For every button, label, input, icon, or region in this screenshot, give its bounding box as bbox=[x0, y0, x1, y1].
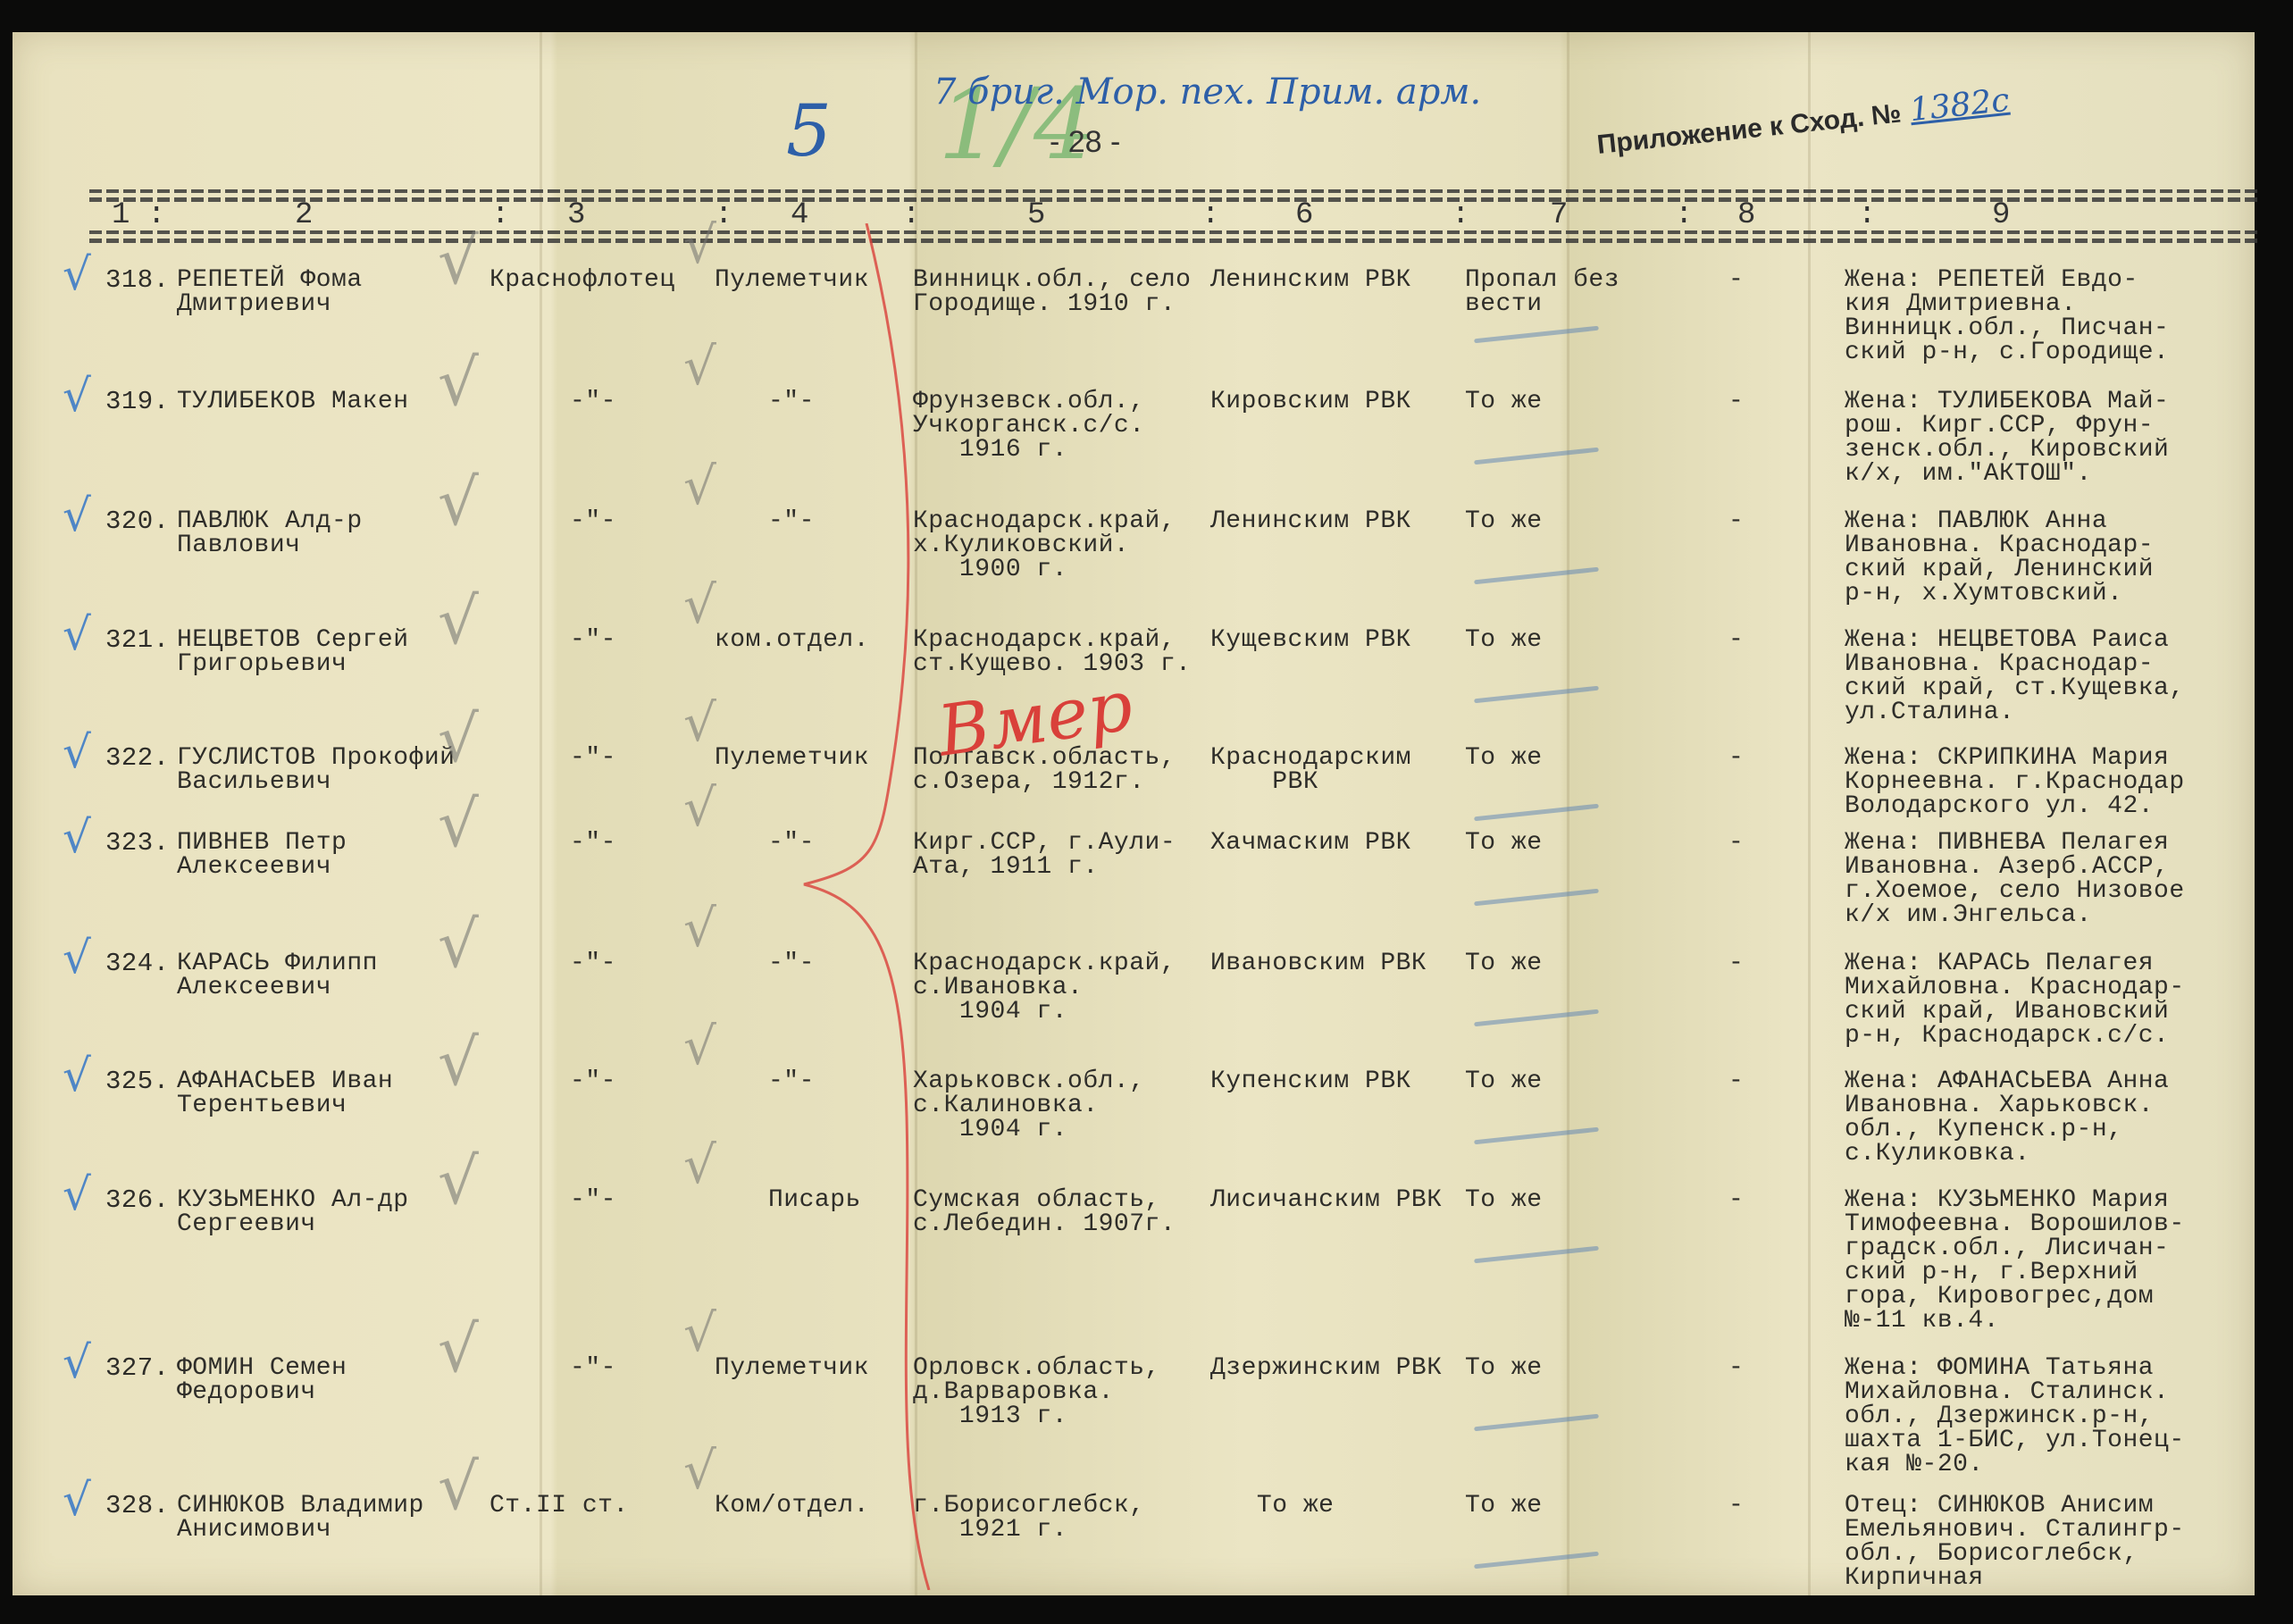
pencil-check-mark-icon: √ bbox=[683, 777, 716, 838]
blue-check-mark-icon: √ bbox=[63, 1168, 91, 1220]
record-number: 327. bbox=[105, 1356, 170, 1380]
record-number: 318. bbox=[105, 268, 170, 292]
pencil-check-mark-icon: √ bbox=[683, 1016, 716, 1076]
blue-check-mark-icon: √ bbox=[63, 1474, 91, 1526]
column-header-1: 1 bbox=[112, 198, 130, 232]
next-of-kin: Жена: ТУЛИБЕКОВА Май- рош. Кирг.ССР, Фру… bbox=[1845, 389, 2169, 486]
pencil-check-mark-icon: √ bbox=[438, 223, 479, 298]
fate-status: То же bbox=[1465, 831, 1543, 855]
column-8-value: - bbox=[1728, 1188, 1744, 1212]
pencil-check-mark-icon: √ bbox=[683, 336, 716, 397]
blue-check-mark-icon: √ bbox=[63, 248, 91, 300]
draft-office: Кировским РВК bbox=[1210, 389, 1411, 414]
birth-place-year: Фрунзевск.обл., Учкорганск.с/с. 1916 г. bbox=[913, 389, 1145, 462]
record-number: 321. bbox=[105, 628, 170, 652]
paper-fold bbox=[1808, 32, 1811, 1595]
person-name: ПАВЛЮК Алд-р Павлович bbox=[177, 509, 363, 557]
column-separator: : bbox=[1201, 198, 1219, 232]
pencil-check-mark-icon: √ bbox=[438, 907, 479, 982]
blue-check-mark-icon: √ bbox=[63, 932, 91, 984]
column-8-value: - bbox=[1728, 1069, 1744, 1093]
column-8-value: - bbox=[1728, 1356, 1744, 1380]
column-header-6: 6 bbox=[1295, 198, 1313, 232]
column-header-3: 3 bbox=[567, 198, 585, 232]
draft-office: Ленинским РВК bbox=[1210, 268, 1411, 292]
record-number: 319. bbox=[105, 389, 170, 414]
blue-check-mark-icon: √ bbox=[63, 811, 91, 863]
column-header-5: 5 bbox=[1027, 198, 1045, 232]
draft-office: Кущевским РВК bbox=[1210, 628, 1411, 652]
header-rule-bottom bbox=[89, 230, 2257, 243]
fate-status: То же bbox=[1465, 1494, 1543, 1518]
fate-status: Пропал без вести bbox=[1465, 268, 1619, 316]
blue-check-mark-icon: √ bbox=[63, 370, 91, 422]
pencil-check-mark-icon: √ bbox=[683, 1134, 716, 1195]
birth-place-year: Орловск.область, д.Варваровка. 1913 г. bbox=[913, 1356, 1160, 1428]
column-8-value: - bbox=[1728, 951, 1744, 975]
blue-check-mark-icon: √ bbox=[63, 1336, 91, 1388]
column-header-8: 8 bbox=[1737, 198, 1755, 232]
column-8-value: - bbox=[1728, 1494, 1744, 1518]
handwritten-unit-note: 7 бриг. Мор. пех. Прим. арм. bbox=[933, 71, 1481, 113]
draft-office: Краснодарским РВК bbox=[1210, 746, 1411, 794]
pencil-check-mark-icon: √ bbox=[438, 701, 479, 776]
military-rank: Краснофлотец bbox=[490, 268, 675, 292]
pencil-check-mark-icon: √ bbox=[438, 786, 479, 861]
next-of-kin: Жена: РЕПЕТЕЙ Евдо- кия Дмитриевна. Винн… bbox=[1845, 268, 2169, 364]
person-name: КУЗЬМЕНКО Ал-др Сергеевич bbox=[177, 1188, 409, 1236]
column-8-value: - bbox=[1728, 509, 1744, 533]
blue-check-mark-icon: √ bbox=[63, 1050, 91, 1101]
draft-office: Хачмаским РВК bbox=[1210, 831, 1411, 855]
next-of-kin: Отец: СИНЮКОВ Анисим Емельянович. Сталин… bbox=[1845, 1494, 2185, 1590]
military-rank: -"- bbox=[570, 509, 616, 533]
person-name: РЕПЕТЕЙ Фома Дмитриевич bbox=[177, 268, 363, 316]
person-name: ГУСЛИСТОВ Прокофий Васильевич bbox=[177, 746, 455, 794]
page-number: - 28 - bbox=[1050, 125, 1120, 160]
record-number: 320. bbox=[105, 509, 170, 533]
birth-place-year: Кирг.ССР, г.Аули- Ата, 1911 г. bbox=[913, 831, 1176, 879]
blue-check-mark-icon: √ bbox=[63, 726, 91, 778]
column-separator: : bbox=[1858, 198, 1876, 232]
next-of-kin: Жена: ФОМИНА Татьяна Михайловна. Сталинс… bbox=[1845, 1356, 2185, 1477]
military-rank: -"- bbox=[570, 746, 616, 770]
fate-status: То же bbox=[1465, 1356, 1543, 1380]
column-header-9: 9 bbox=[1992, 198, 2010, 232]
birth-place-year: г.Борисоглебск, 1921 г. bbox=[913, 1494, 1145, 1542]
record-number: 322. bbox=[105, 746, 170, 770]
pencil-check-mark-icon: √ bbox=[683, 214, 716, 275]
column-8-value: - bbox=[1728, 268, 1744, 292]
record-number: 325. bbox=[105, 1069, 170, 1093]
handwritten-five: 5 bbox=[786, 89, 832, 172]
fate-status: То же bbox=[1465, 951, 1543, 975]
pencil-check-mark-icon: √ bbox=[683, 574, 716, 635]
column-separator: : bbox=[147, 198, 165, 232]
column-8-value: - bbox=[1728, 628, 1744, 652]
column-separator: : bbox=[1452, 198, 1469, 232]
birth-place-year: Краснодарск.край, ст.Кущево. 1903 г. bbox=[913, 628, 1191, 676]
person-name: НЕЦВЕТОВ Сергей Григорьевич bbox=[177, 628, 409, 676]
pencil-check-mark-icon: √ bbox=[683, 1302, 716, 1363]
birth-place-year: Винницк.обл., село Городище. 1910 г. bbox=[913, 268, 1191, 316]
column-header-7: 7 bbox=[1550, 198, 1568, 232]
pencil-check-mark-icon: √ bbox=[438, 1143, 479, 1218]
pencil-check-mark-icon: √ bbox=[683, 692, 716, 753]
fate-status: То же bbox=[1465, 389, 1543, 414]
pencil-check-mark-icon: √ bbox=[438, 1025, 479, 1100]
birth-place-year: Краснодарск.край, с.Ивановка. 1904 г. bbox=[913, 951, 1176, 1024]
next-of-kin: Жена: КАРАСЬ Пелагея Михайловна. Краснод… bbox=[1845, 951, 2185, 1048]
fate-status: То же bbox=[1465, 628, 1543, 652]
record-number: 326. bbox=[105, 1188, 170, 1212]
blue-check-mark-icon: √ bbox=[63, 608, 91, 660]
person-name: СИНЮКОВ Владимир Анисимович bbox=[177, 1494, 424, 1542]
header-rule-top bbox=[89, 189, 2257, 202]
column-8-value: - bbox=[1728, 831, 1744, 855]
pencil-check-mark-icon: √ bbox=[683, 456, 716, 516]
draft-office: Дзержинским РВК bbox=[1210, 1356, 1443, 1380]
fate-status: То же bbox=[1465, 1188, 1543, 1212]
red-pencil-bracket bbox=[795, 223, 938, 1590]
person-name: ФОМИН Семен Федорович bbox=[177, 1356, 347, 1404]
person-name: КАРАСЬ Филипп Алексеевич bbox=[177, 951, 378, 1000]
next-of-kin: Жена: НЕЦВЕТОВА Раиса Ивановна. Краснода… bbox=[1845, 628, 2185, 724]
draft-office: То же bbox=[1210, 1494, 1334, 1518]
military-rank: -"- bbox=[570, 628, 616, 652]
blue-check-mark-icon: √ bbox=[63, 490, 91, 541]
person-name: ПИВНЕВ Петр Алексеевич bbox=[177, 831, 347, 879]
person-name: ТУЛИБЕКОВ Макен bbox=[177, 389, 409, 414]
pencil-check-mark-icon: √ bbox=[683, 898, 716, 958]
next-of-kin: Жена: АФАНАСЬЕВА Анна Ивановна. Харьковс… bbox=[1845, 1069, 2169, 1166]
next-of-kin: Жена: ПАВЛЮК Анна Ивановна. Краснодар- с… bbox=[1845, 509, 2154, 606]
fate-status: То же bbox=[1465, 746, 1543, 770]
military-rank: -"- bbox=[570, 1188, 616, 1212]
military-rank: Ст.II ст. bbox=[490, 1494, 629, 1518]
pencil-check-mark-icon: √ bbox=[438, 1311, 479, 1386]
pencil-check-mark-icon: √ bbox=[438, 465, 479, 540]
fate-status: То же bbox=[1465, 1069, 1543, 1093]
military-rank: -"- bbox=[570, 389, 616, 414]
next-of-kin: Жена: ПИВНЕВА Пелагея Ивановна. Азерб.АС… bbox=[1845, 831, 2185, 927]
military-rank: -"- bbox=[570, 831, 616, 855]
fate-status: То же bbox=[1465, 509, 1543, 533]
draft-office: Ивановским РВК bbox=[1210, 951, 1427, 975]
military-rank: -"- bbox=[570, 951, 616, 975]
column-separator: : bbox=[1675, 198, 1693, 232]
draft-office: Купенским РВК bbox=[1210, 1069, 1411, 1093]
next-of-kin: Жена: КУЗЬМЕНКО Мария Тимофеевна. Вороши… bbox=[1845, 1188, 2185, 1333]
record-number: 324. bbox=[105, 951, 170, 975]
draft-office: Ленинским РВК bbox=[1210, 509, 1411, 533]
birth-place-year: Краснодарск.край, х.Куликовский. 1900 г. bbox=[913, 509, 1176, 582]
column-header-2: 2 bbox=[295, 198, 313, 232]
pencil-check-mark-icon: √ bbox=[683, 1440, 716, 1501]
military-rank: -"- bbox=[570, 1356, 616, 1380]
record-number: 328. bbox=[105, 1494, 170, 1518]
column-separator: : bbox=[491, 198, 509, 232]
person-name: АФАНАСЬЕВ Иван Терентьевич bbox=[177, 1069, 393, 1118]
record-number: 323. bbox=[105, 831, 170, 855]
column-separator: : bbox=[715, 198, 732, 232]
next-of-kin: Жена: СКРИПКИНА Мария Корнеевна. г.Красн… bbox=[1845, 746, 2185, 818]
pencil-check-mark-icon: √ bbox=[438, 345, 479, 420]
column-8-value: - bbox=[1728, 389, 1744, 414]
pencil-check-mark-icon: √ bbox=[438, 583, 479, 658]
column-8-value: - bbox=[1728, 746, 1744, 770]
birth-place-year: Харьковск.обл., с.Калиновка. 1904 г. bbox=[913, 1069, 1145, 1142]
pencil-check-mark-icon: √ bbox=[438, 1449, 479, 1524]
military-rank: -"- bbox=[570, 1069, 616, 1093]
birth-place-year: Сумская область, с.Лебедин. 1907г. bbox=[913, 1188, 1176, 1236]
draft-office: Лисичанским РВК bbox=[1210, 1188, 1443, 1212]
